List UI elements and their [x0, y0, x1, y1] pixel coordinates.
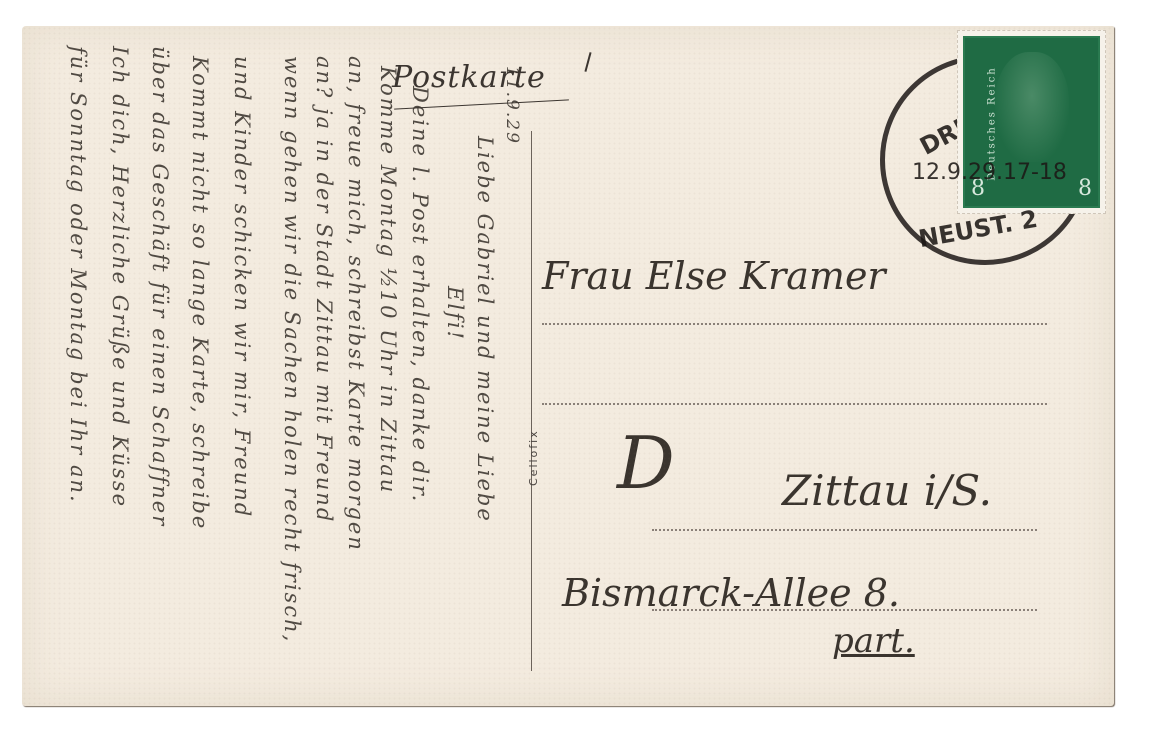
address-line-3: [652, 529, 1037, 531]
message-line: an, freue mich, schreibst Karte morgen: [344, 56, 368, 552]
address-line-2: [542, 403, 1047, 405]
message-line: an? ja in der Stadt Zittau mit Freund: [312, 56, 336, 523]
message-date: 11.9.29: [502, 66, 522, 145]
recipient-name: Frau Else Kramer: [542, 254, 886, 298]
center-divider: [531, 131, 532, 671]
message-line: für Sonntag oder Montag bei Ihr an.: [66, 46, 90, 504]
heading-mark: [584, 52, 591, 72]
address-line-4: [652, 609, 1037, 611]
message-line: Elfi!: [443, 286, 467, 341]
postmark-date: 12.9.29.17-18: [912, 160, 1067, 185]
message-line: über das Geschäft für einen Schaffner: [148, 46, 172, 527]
address-prefix: D: [617, 421, 675, 505]
message-line: Liebe Gabriel und meine Liebe: [473, 136, 497, 523]
message-line: Kommt nicht so lange Karte, schreibe: [188, 56, 212, 530]
message-line: wenn gehen wir die Sachen holen recht fr…: [280, 56, 304, 643]
address-city: Zittau i/S.: [782, 466, 992, 515]
message-line: Ich dich, Herzliche Grüße und Küsse: [108, 46, 132, 508]
message-line: Deine l. Post erhalten, danke dir.: [408, 86, 432, 503]
message-line: und Kinder schicken wir mir, Freund: [230, 56, 254, 518]
printer-mark: Cellofix: [527, 429, 540, 486]
portrait-icon: [995, 52, 1069, 162]
message-line: Komme Montag ½10 Uhr in Zittau: [376, 66, 400, 494]
postage-stamp: Deutsches Reich 8 8: [957, 30, 1106, 214]
address-floor: part.: [832, 621, 915, 661]
address-line-1: [542, 323, 1047, 325]
stamp-denomination-right: 8: [1078, 176, 1092, 201]
